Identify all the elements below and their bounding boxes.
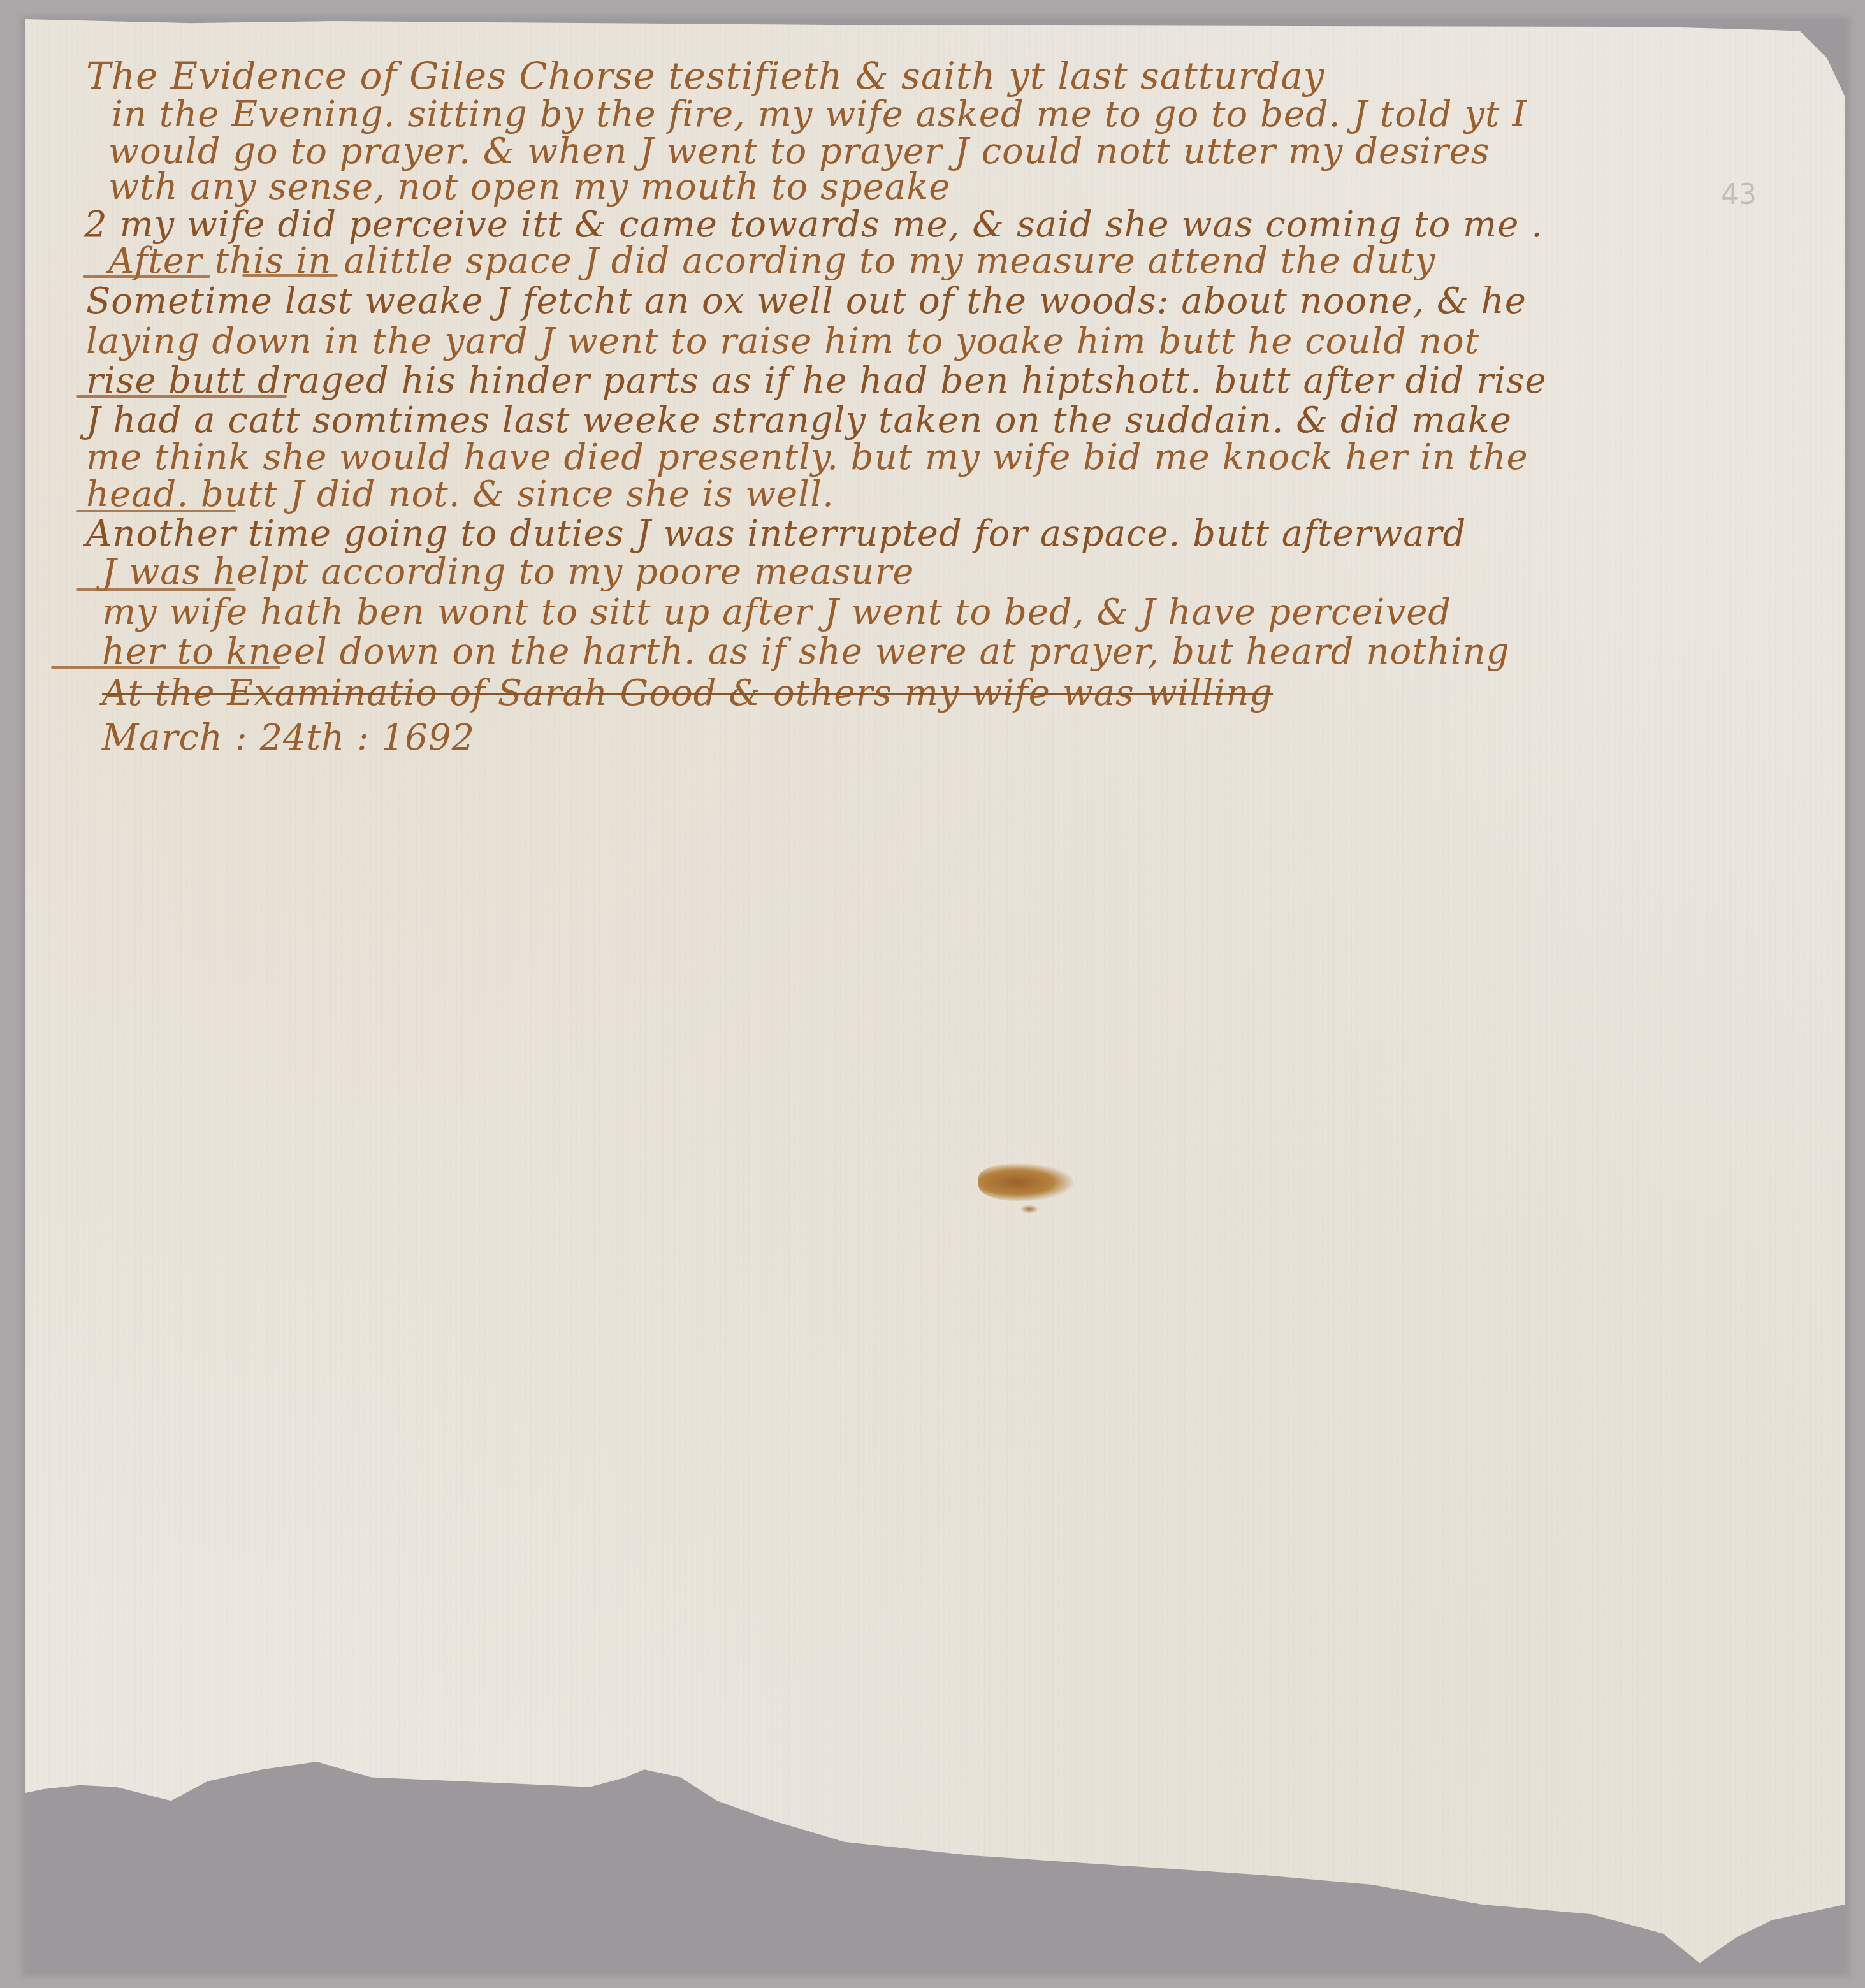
manuscript-line-3: would go to prayer. & when J went to pra…	[108, 134, 1490, 170]
underline-mark	[76, 510, 236, 512]
manuscript-line-15: my wife hath ben wont to sitt up after J…	[102, 595, 1451, 630]
manuscript-line-16: her to kneel down on the harth. as if sh…	[102, 634, 1510, 670]
underline-mark	[51, 666, 280, 669]
manuscript-line-12: head. butt J did not. & since she is wel…	[86, 477, 834, 512]
manuscript-line-13: Another time going to duties J was inter…	[86, 516, 1466, 552]
underline-mark	[76, 588, 236, 591]
folio-number: 43	[1721, 178, 1757, 211]
underline-mark	[242, 274, 338, 277]
manuscript-line-7: Sometime last weake J fetcht an ox well …	[86, 284, 1527, 319]
manuscript-line-17-struck: At the Examinatio of Sarah Good & others…	[102, 676, 1273, 711]
manuscript-line-4: wth any sense, not open my mouth to spea…	[108, 170, 950, 205]
manuscript-line-11: me think she would have died presently. …	[86, 440, 1528, 475]
manuscript-page: 43 The Evidence of Giles Chorse testifie…	[25, 19, 1845, 1973]
manuscript-line-2: in the Evening. sitting by the fire, my …	[112, 97, 1527, 133]
manuscript-line-14: J was helpt according to my poore measur…	[102, 555, 914, 590]
manuscript-line-10: J had a catt somtimes last weeke strangl…	[86, 403, 1512, 439]
ink-blot	[978, 1163, 1074, 1201]
manuscript-line-5: 2 my wife did perceive itt & came toward…	[84, 207, 1543, 243]
manuscript-line-8: laying down in the yard J went to raise …	[86, 324, 1479, 359]
underline-mark	[83, 275, 210, 278]
manuscript-line-9: rise butt draged his hinder parts as if …	[86, 363, 1547, 399]
date-line: March : 24th : 1692	[102, 720, 475, 756]
underline-mark	[76, 395, 287, 398]
ink-speck	[1020, 1205, 1039, 1214]
manuscript-line-1: The Evidence of Giles Chorse testifieth …	[86, 57, 1325, 94]
